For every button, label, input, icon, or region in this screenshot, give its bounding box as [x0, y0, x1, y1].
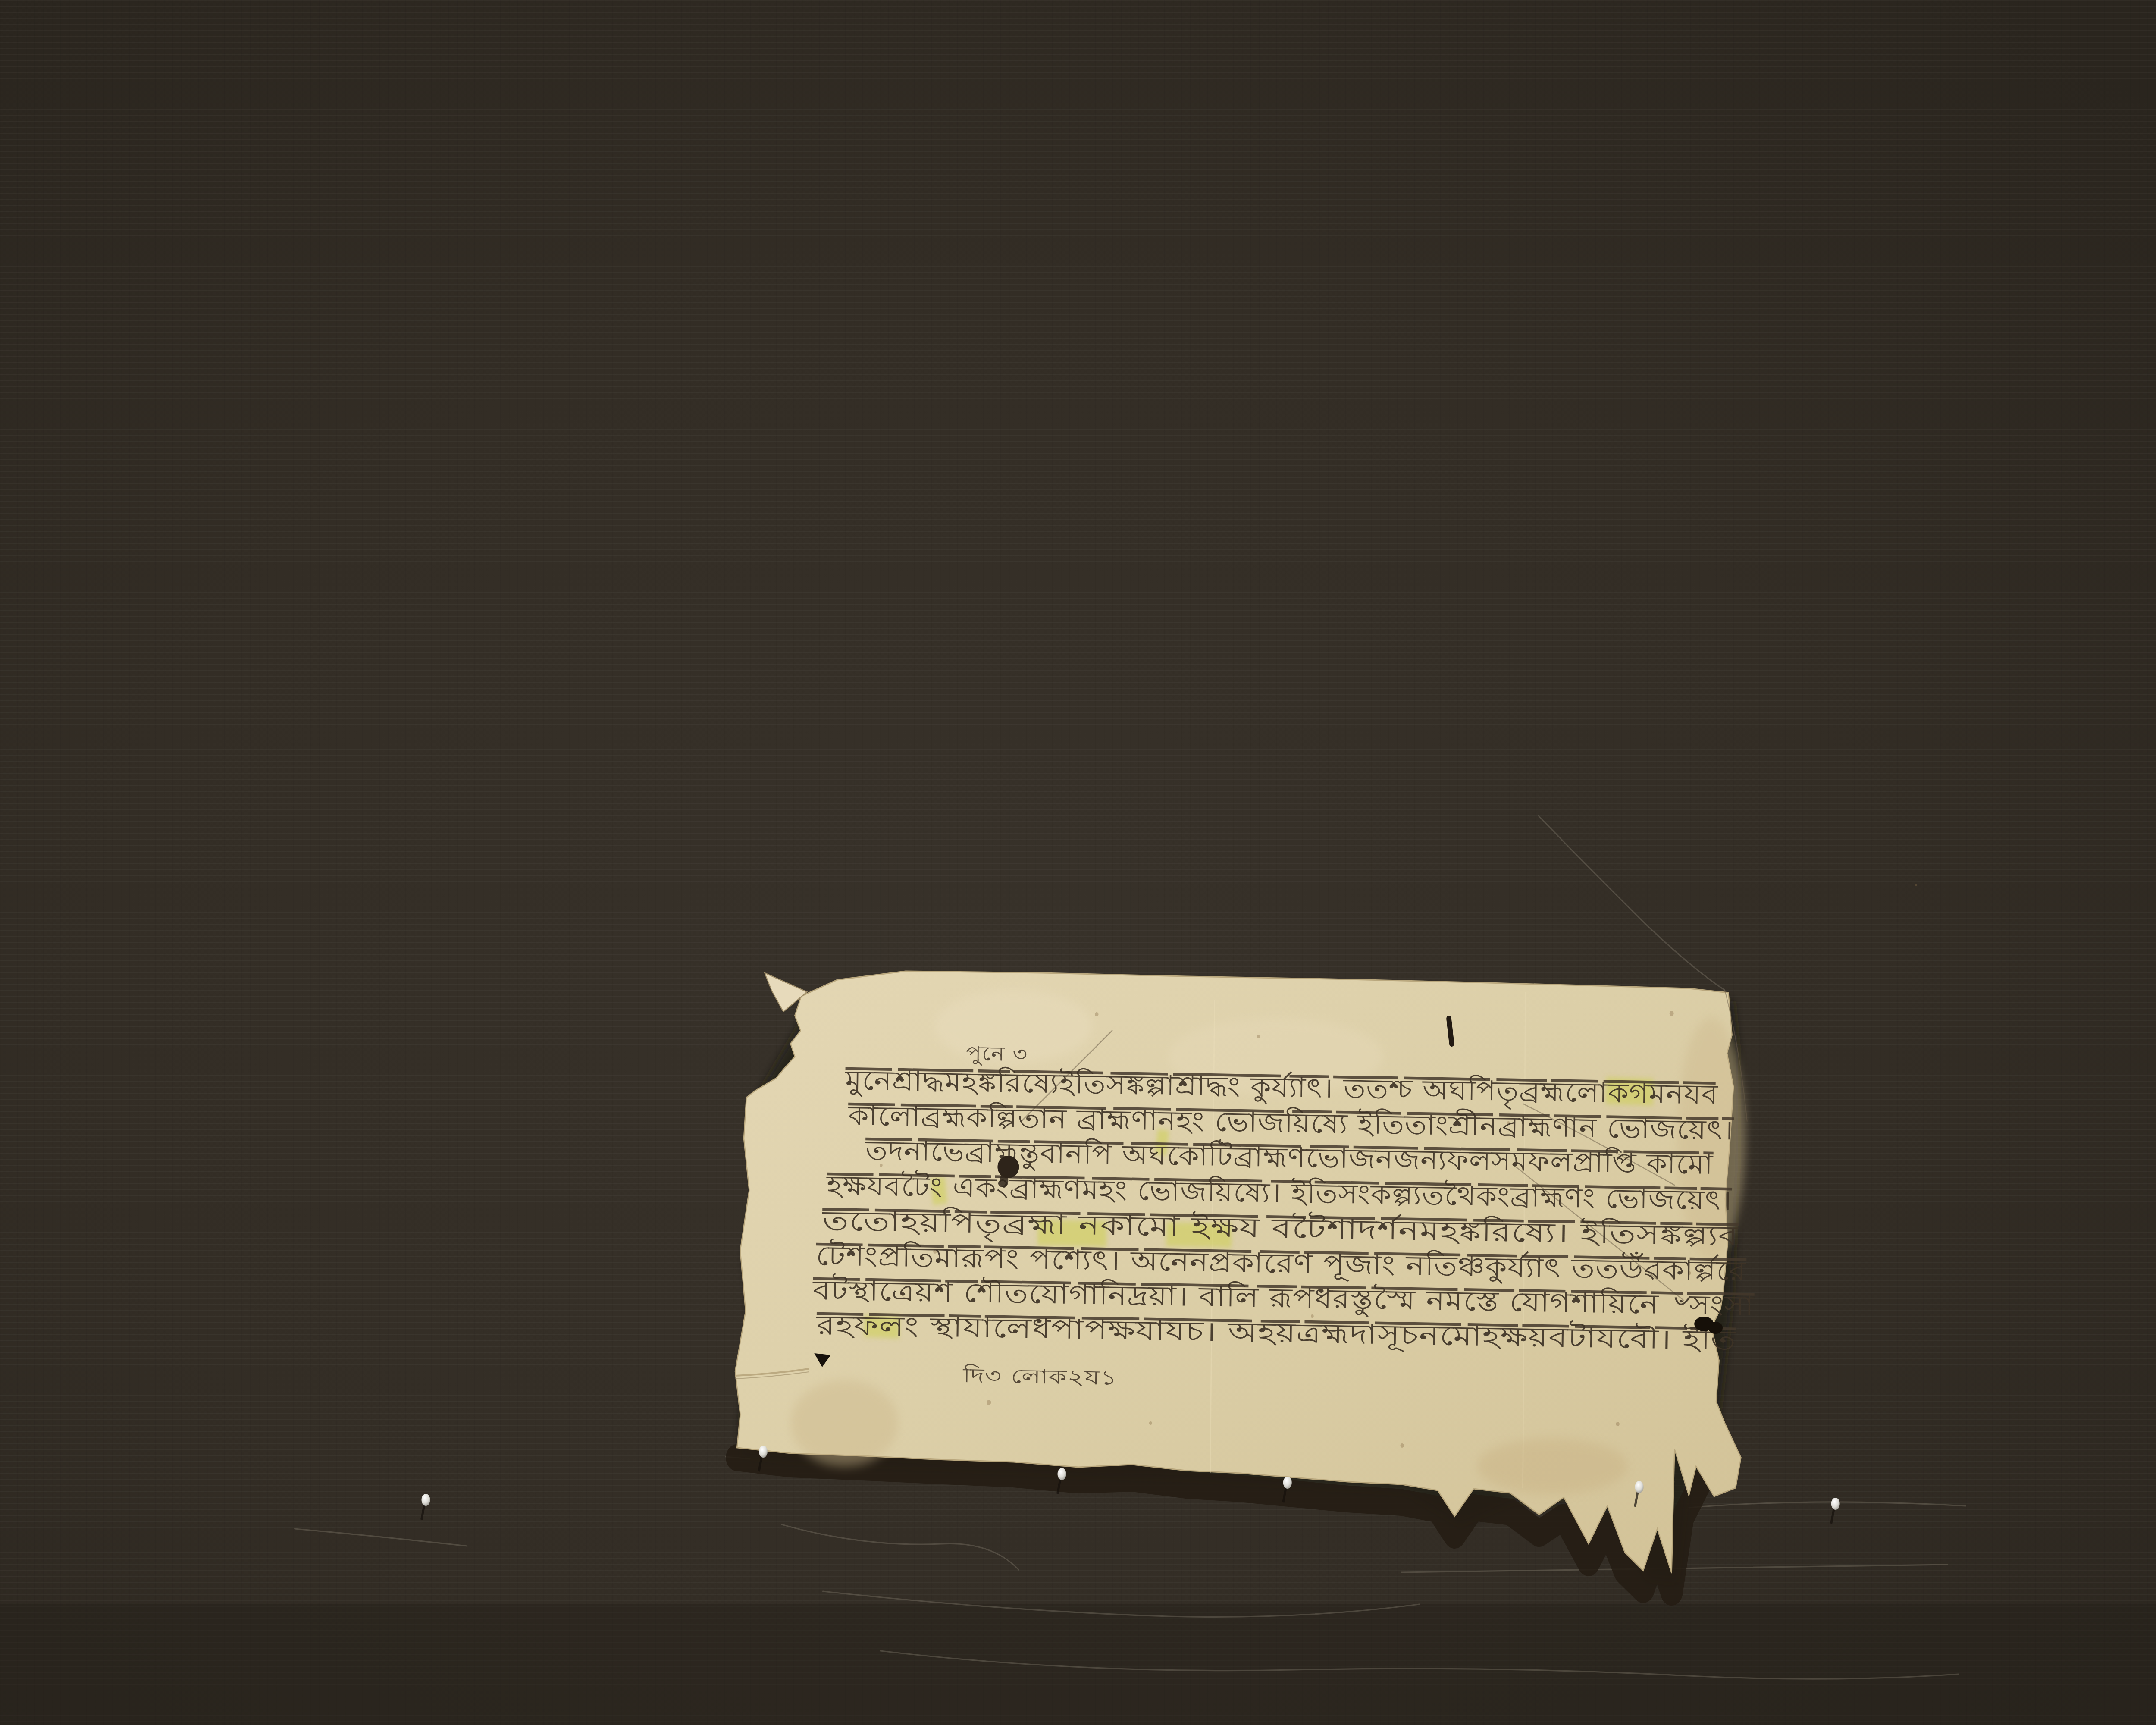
- freckle: [1670, 1011, 1674, 1016]
- edge-blot: [1708, 1322, 1723, 1334]
- ink-drip: [1000, 1174, 1008, 1188]
- pin-head: [422, 1494, 430, 1506]
- photo-stage: পুনে ৩ মুনেশ্রাদ্ধমহঙ্করিষ্যেইতিসঙ্কল্পা…: [0, 0, 2156, 1725]
- freckle: [1915, 884, 1917, 886]
- pin-head: [1831, 1498, 1840, 1510]
- stain: [790, 1380, 898, 1466]
- freckle: [1095, 1012, 1098, 1016]
- board-bottom-shade: [0, 1604, 2156, 1725]
- pin-head: [1635, 1481, 1644, 1493]
- page-header: পুনে ৩: [966, 1042, 1028, 1066]
- freckle: [987, 1400, 991, 1405]
- ink-dash: [1449, 1019, 1452, 1044]
- freckle: [1257, 1035, 1260, 1038]
- freckle: [1616, 1422, 1620, 1426]
- pin-head: [1283, 1477, 1292, 1489]
- ink-blot: [997, 1156, 1019, 1178]
- stain: [1477, 1438, 1628, 1494]
- pin-head: [759, 1446, 768, 1458]
- freckle: [1401, 1443, 1404, 1448]
- freckle: [1149, 1421, 1152, 1425]
- manuscript-photo: পুনে ৩ মুনেশ্রাদ্ধমহঙ্করিষ্যেইতিসঙ্কল্পা…: [0, 0, 2156, 1725]
- pin-head: [1058, 1468, 1066, 1480]
- colophon: দি৩ লোক২য১: [962, 1364, 1118, 1389]
